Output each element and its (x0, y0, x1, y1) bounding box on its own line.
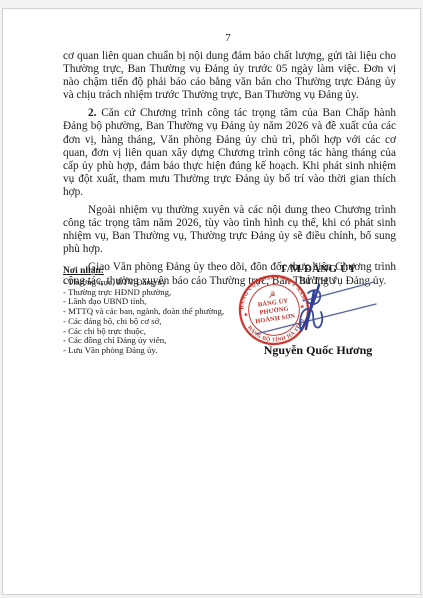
recipients-block: Nơi nhận: - Thường trực, BTV Đảng ủy - T… (63, 266, 243, 356)
recipient-item: - Lưu Văn phòng Đảng ủy. (63, 346, 243, 356)
handwritten-signature (246, 271, 381, 351)
recipients-label: Nơi nhận: (63, 266, 243, 276)
signature-stroke (306, 291, 314, 329)
recipients-list: - Thường trực, BTV Đảng ủy - Thường trực… (63, 278, 243, 356)
paragraph-2-text: Căn cứ Chương trình công tác trọng tâm c… (63, 107, 396, 198)
page-number: 7 (61, 32, 395, 44)
paragraph-3: Ngoài nhiệm vụ thường xuyên và các nội d… (63, 204, 396, 256)
signature-stroke (256, 304, 376, 334)
document-body: cơ quan liên quan chuẩn bị nội dung đảm … (63, 50, 396, 293)
document-page: 7 cơ quan liên quan chuẩn bị nội dung đả… (2, 8, 421, 595)
paragraph-item-2: 2. Căn cứ Chương trình công tác trọng tâ… (63, 107, 396, 199)
paragraph-continued: cơ quan liên quan chuẩn bị nội dung đảm … (63, 50, 396, 102)
signer-name: Nguyễn Quốc Hương (243, 343, 393, 358)
